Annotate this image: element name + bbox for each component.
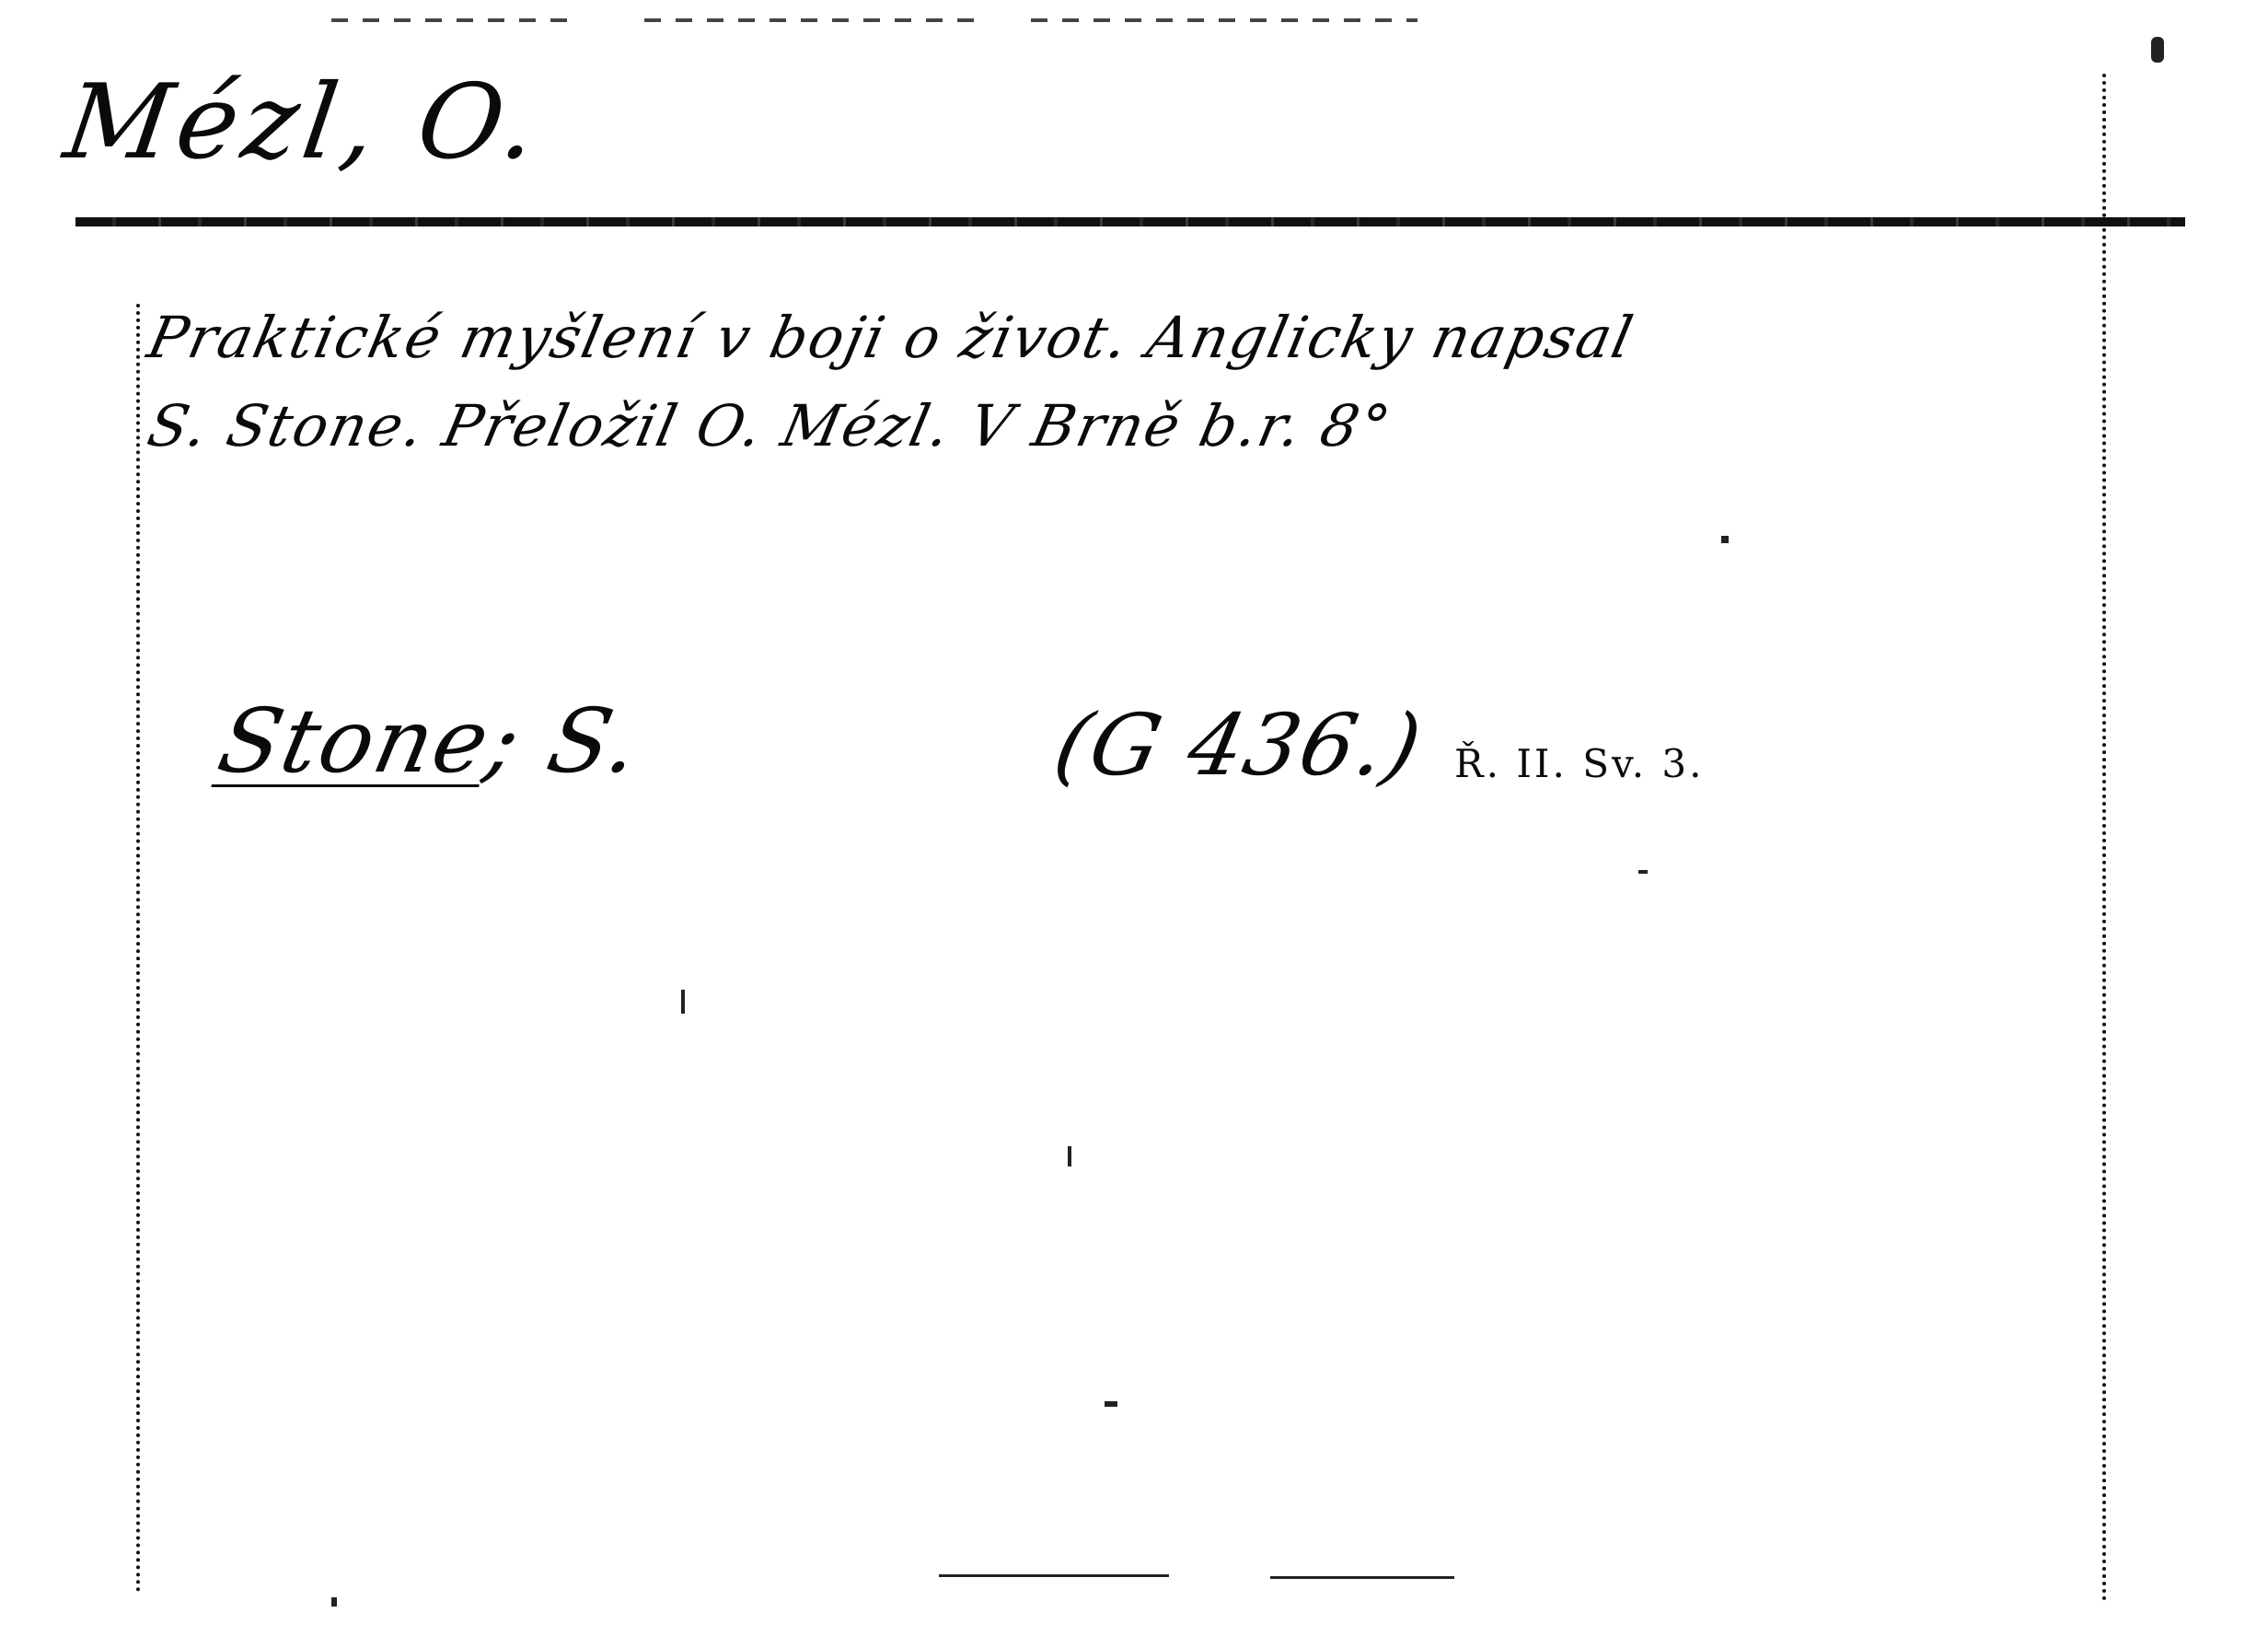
card-heading-author: Mézl, O. — [56, 53, 550, 191]
right-dotted-margin — [2102, 74, 2106, 1602]
cross-reference-initial: S. — [539, 690, 651, 793]
description-line-1: Praktické myšlení v boji o život. Anglic… — [140, 296, 1641, 379]
scan-noise — [644, 18, 976, 22]
scan-speck — [681, 990, 685, 1014]
description-line-2: S. Stone. Přeložil O. Mézl. V Brně b.r. … — [140, 385, 1399, 468]
cross-reference-entry: Stone; S. — [208, 681, 652, 801]
cross-reference-name: Stone — [210, 690, 500, 793]
scan-speck — [1721, 536, 1729, 543]
left-dotted-margin — [136, 304, 140, 1593]
scan-speck — [939, 1574, 1169, 1577]
scan-speck — [1105, 1401, 1117, 1407]
shelf-location: Ř. II. Sv. 3. — [1454, 737, 1705, 792]
heading-divider-rule — [75, 217, 2185, 226]
scan-speck — [331, 1597, 337, 1607]
scan-noise — [1031, 18, 1417, 22]
scan-speck — [1638, 870, 1648, 874]
shelfmark: (G 436.) — [1045, 690, 1432, 801]
scan-speck — [1270, 1576, 1454, 1579]
scan-noise — [331, 18, 571, 22]
catalog-card: Mézl, O. Praktické myšlení v boji o živo… — [0, 0, 2268, 1636]
scan-speck — [1068, 1146, 1071, 1166]
scan-speck — [2151, 37, 2164, 63]
